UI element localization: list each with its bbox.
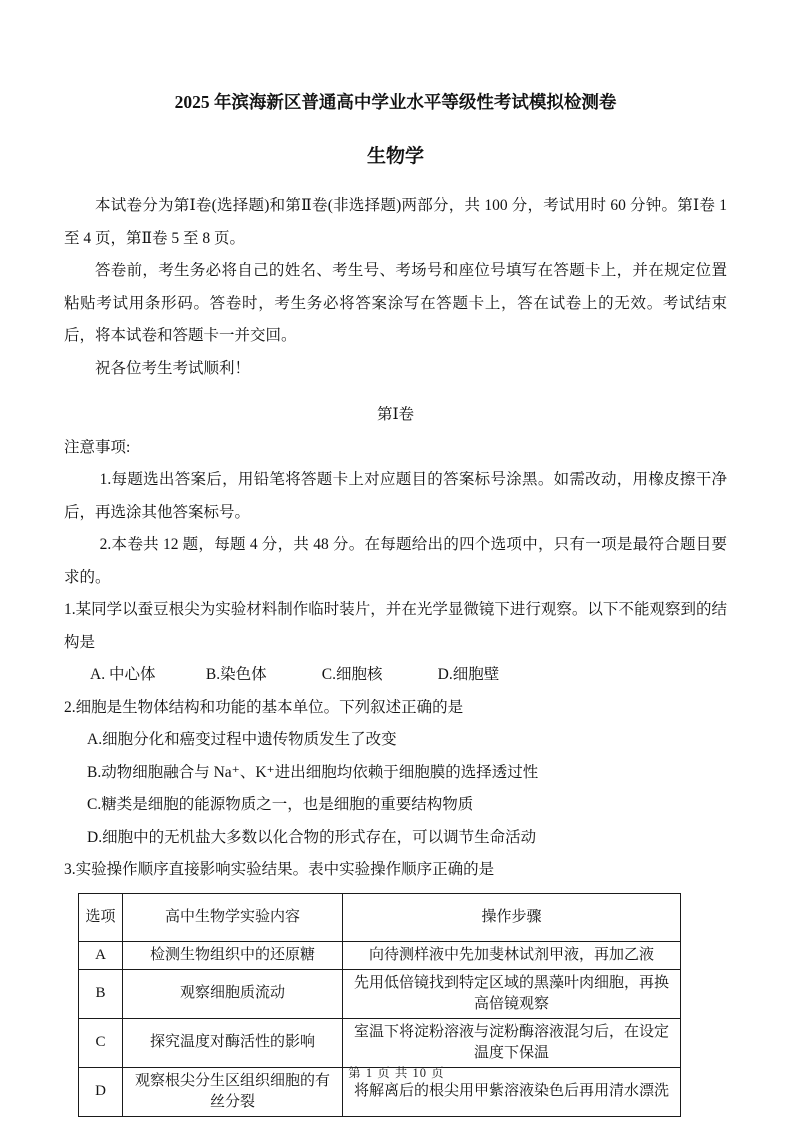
option-c: C.糖类是细胞的能源物质之一，也是细胞的重要结构物质: [64, 789, 727, 822]
question-1-stem: 1.某同学以蚕豆根尖为实验材料制作临时装片，并在光学显微镜下进行观察。以下不能观…: [64, 594, 727, 659]
header-steps: 操作步骤: [343, 893, 681, 941]
cell-experiment: 探究温度对酶活性的影响: [123, 1018, 343, 1067]
option-c: C.细胞核: [322, 659, 434, 692]
cell-option: A: [79, 941, 123, 969]
header-option: 选项: [79, 893, 123, 941]
exam-page: 2025 年滨海新区普通高中学业水平等级性考试模拟检测卷 生物学 本试卷分为第Ⅰ…: [0, 0, 793, 1121]
subject-title: 生物学: [64, 144, 727, 170]
cell-steps: 室温下将淀粉溶液与淀粉酶溶液混匀后，在设定温度下保温: [343, 1018, 681, 1067]
table-header-row: 选项 高中生物学实验内容 操作步骤: [79, 893, 681, 941]
table-row: A 检测生物组织中的还原糖 向待测样液中先加斐林试剂甲液，再加乙液: [79, 941, 681, 969]
question-3-stem: 3.实验操作顺序直接影响实验结果。表中实验操作顺序正确的是: [64, 854, 727, 887]
notice-heading: 注意事项:: [64, 432, 727, 465]
experiment-table: 选项 高中生物学实验内容 操作步骤 A 检测生物组织中的还原糖 向待测样液中先加…: [78, 893, 681, 1117]
intro-paragraph: 本试卷分为第Ⅰ卷(选择题)和第Ⅱ卷(非选择题)两部分，共 100 分，考试用时 …: [64, 190, 727, 255]
option-b: B.动物细胞融合与 Na⁺、K⁺进出细胞均依赖于细胞膜的选择透过性: [64, 757, 727, 790]
table-row: C 探究温度对酶活性的影响 室温下将淀粉溶液与淀粉酶溶液混匀后，在设定温度下保温: [79, 1018, 681, 1067]
notice-item: 2.本卷共 12 题，每题 4 分，共 48 分。在每题给出的四个选项中，只有一…: [64, 529, 727, 594]
intro-paragraph: 答卷前，考生务必将自己的姓名、考生号、考场号和座位号填写在答题卡上，并在规定位置…: [64, 255, 727, 353]
option-d: D.细胞中的无机盐大多数以化合物的形式存在，可以调节生命活动: [64, 822, 727, 855]
cell-steps: 向待测样液中先加斐林试剂甲液，再加乙液: [343, 941, 681, 969]
intro-paragraph: 祝各位考生考试顺利！: [64, 353, 727, 386]
cell-experiment: 观察细胞质流动: [123, 969, 343, 1018]
cell-experiment: 检测生物组织中的还原糖: [123, 941, 343, 969]
page-title: 2025 年滨海新区普通高中学业水平等级性考试模拟检测卷: [64, 90, 727, 114]
header-experiment: 高中生物学实验内容: [123, 893, 343, 941]
table-row: B 观察细胞质流动 先用低倍镜找到特定区域的黑藻叶肉细胞，再换高倍镜观察: [79, 969, 681, 1018]
option-d: D.细胞壁: [438, 659, 500, 692]
page-number: 第 1 页 共 10 页: [0, 1063, 793, 1081]
option-a: A.细胞分化和癌变过程中遗传物质发生了改变: [64, 724, 727, 757]
option-b: B.染色体: [206, 659, 318, 692]
question-2-stem: 2.细胞是生物体结构和功能的基本单位。下列叙述正确的是: [64, 692, 727, 725]
cell-steps: 先用低倍镜找到特定区域的黑藻叶肉细胞，再换高倍镜观察: [343, 969, 681, 1018]
notice-item: 1.每题选出答案后，用铅笔将答题卡上对应题目的答案标号涂黑。如需改动，用橡皮擦干…: [64, 464, 727, 529]
section-title: 第Ⅰ卷: [64, 399, 727, 432]
question-1-options: A. 中心体 B.染色体 C.细胞核 D.细胞壁: [64, 659, 727, 692]
option-a: A. 中心体: [90, 659, 202, 692]
cell-option: C: [79, 1018, 123, 1067]
cell-option: B: [79, 969, 123, 1018]
